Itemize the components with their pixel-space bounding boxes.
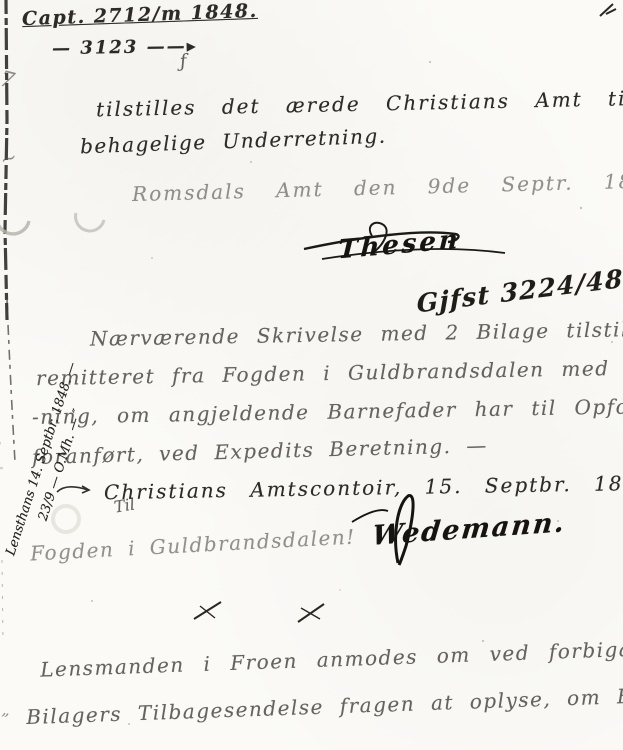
document-scan: 7 ~ „ Capt. 2712/m 1848. — 3123 ——▸ ƒ ti… (0, 0, 623, 750)
address-line: Fogden i Guldbrandsdalen! (30, 525, 357, 564)
separator-x-marks (194, 602, 324, 622)
second-signature: Wedemann. (371, 508, 568, 552)
middle-paragraph-line: Nærværende Skrivelse med 2 Bilage tilsti… (90, 316, 623, 349)
journal-stamp: Gjfst 3224/48. (417, 264, 623, 318)
bleedthrough-mark: „ (1, 700, 12, 720)
bleedthrough-mark: 7 (0, 67, 17, 95)
paper-specks (91, 61, 613, 725)
middle-paragraph-line: remitteret fra Fogden i Guldbrandsdalen … (36, 355, 623, 389)
journal-number: — 3123 ——▸ (52, 37, 198, 59)
middle-paragraph-line: foranført, ved Expedits Beretning. — (32, 434, 488, 468)
middle-paragraph-line: -ning, om angjeldende Barnefader har til… (32, 394, 623, 428)
til-annotation: Til (113, 495, 136, 516)
lower-paragraph-line: Bilagers Tilbagesendelse fragen at oplys… (26, 680, 623, 728)
corner-mark (600, 4, 616, 16)
lower-paragraph-line: Lensmanden i Froen anmodes om ved forbig… (40, 633, 623, 680)
bleedthrough-mark: ~ (0, 144, 20, 172)
archive-reference: Capt. 2712/m 1848. (22, 1, 258, 30)
dateline: Christians Amtscontoir, 15. Septbr. 1848… (104, 471, 623, 503)
upper-paragraph-line: Romsdals Amt den 9de Septr. 1848. (132, 169, 623, 205)
first-signature: Thesen (337, 226, 461, 266)
upper-paragraph-line: tilstilles det ærede Christians Amt til … (96, 86, 623, 121)
upper-paragraph-line: behagelige Underretning. (80, 125, 387, 158)
